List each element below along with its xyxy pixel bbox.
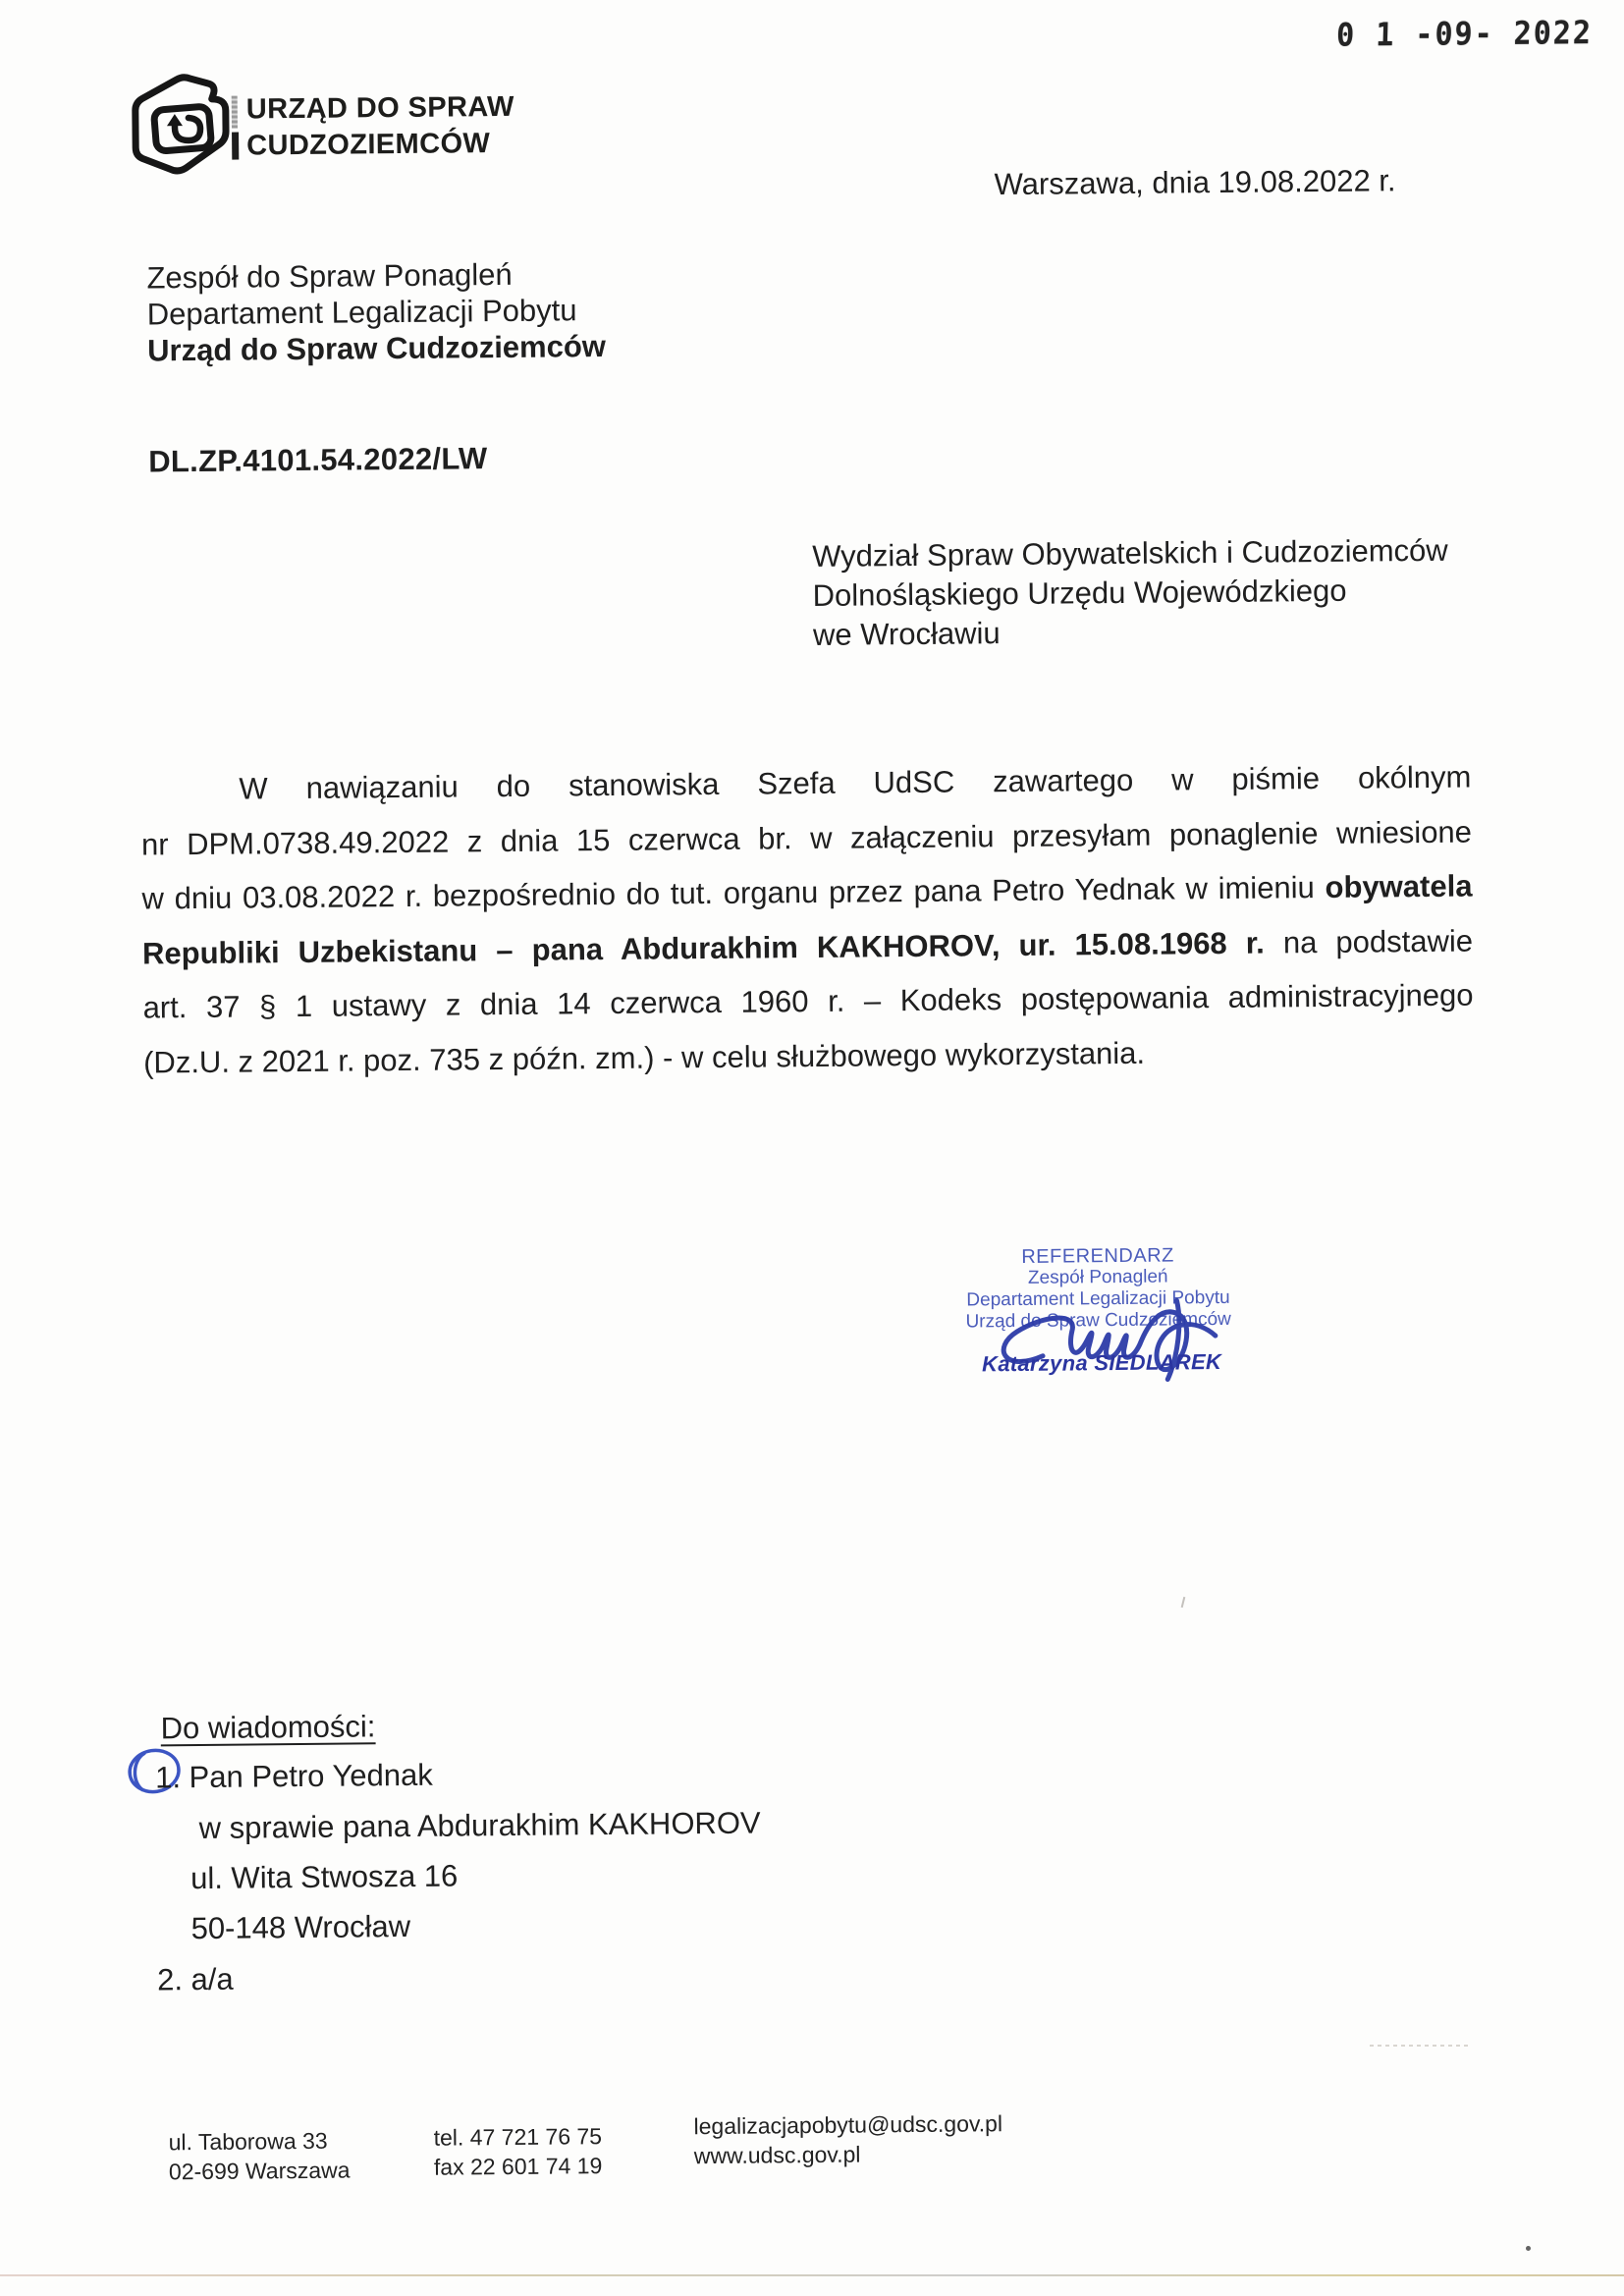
cc-item2: 2. a/a — [157, 1962, 234, 1998]
scan-artifact-dashes — [1370, 2045, 1468, 2047]
footer-web: legalizacjapobytu@udsc.gov.pl www.udsc.g… — [693, 2108, 1002, 2170]
body-paragraph: W nawiązaniu do stanowiska Szefa UdSC za… — [140, 750, 1474, 1090]
scan-content: URZĄD DO SPRAW CUDZOZIEMCÓW 0 1 -09- 202… — [0, 0, 1624, 2296]
footer-website: www.udsc.gov.pl — [694, 2138, 1003, 2170]
cc-item1-line1: 1. Pan Petro Yednak — [155, 1758, 433, 1796]
cc-item1-line2: w sprawie pana Abdurakhim KAKHOROV — [198, 1806, 760, 1846]
sender-block: Zespół do Spraw Ponagleń Departament Leg… — [146, 255, 606, 368]
footer-tel: tel. 47 721 76 75 — [434, 2121, 603, 2153]
logo-wordmark-line1: URZĄD DO SPRAW — [246, 89, 514, 129]
udsc-logo-icon — [125, 73, 239, 177]
body-line-3-text: w dniu 03.08.2022 r. bezpośrednio do tut… — [141, 870, 1315, 915]
footer-address-line1: ul. Taborowa 33 — [169, 2126, 351, 2158]
sender-office: Urząd do Spraw Cudzoziemców — [147, 328, 606, 368]
footer-address: ul. Taborowa 33 02-699 Warszawa — [169, 2126, 351, 2187]
body-line-3-bold: obywatela — [1325, 869, 1472, 904]
footer-fax: fax 22 601 74 19 — [434, 2151, 603, 2182]
recipient-line3: we Wrocławiu — [813, 610, 1449, 655]
logo-divider-gray — [232, 96, 238, 129]
place-date-line: Warszawa, dnia 19.08.2022 r. — [994, 163, 1395, 202]
footer-email: legalizacjapobytu@udsc.gov.pl — [693, 2108, 1002, 2141]
logo-wordmark-line2: CUDZOZIEMCÓW — [246, 126, 514, 165]
sender-unit: Zespół do Spraw Ponagleń — [146, 255, 605, 296]
body-line-4-bold: Republiki Uzbekistanu – pana Abdurakhim … — [142, 925, 1265, 970]
scanned-letter-page: URZĄD DO SPRAW CUDZOZIEMCÓW 0 1 -09- 202… — [0, 0, 1624, 2296]
scan-artifact-speck — [1526, 2246, 1531, 2251]
footer-address-line2: 02-699 Warszawa — [169, 2156, 351, 2187]
cc-item1-line4: 50-148 Wrocław — [190, 1909, 410, 1946]
stamp-signer-name: Katarzyna SIEDLAREK — [940, 1349, 1264, 1378]
body-line-4-text: na podstawie — [1283, 923, 1473, 959]
sender-department: Departament Legalizacji Pobytu — [147, 292, 606, 332]
cc-section: Do wiadomości: 1. Pan Petro Yednak w spr… — [0, 0, 1613, 8]
footer: ul. Taborowa 33 02-699 Warszawa tel. 47 … — [0, 0, 1613, 8]
recipient-line1: Wydział Spraw Obywatelskich i Cudzoziemc… — [812, 531, 1448, 576]
logo-divider-black — [232, 133, 239, 160]
recipient-block: Wydział Spraw Obywatelskich i Cudzoziemc… — [812, 531, 1449, 655]
cc-heading: Do wiadomości: — [160, 1709, 375, 1746]
received-date-stamp: 0 1 -09- 2022 — [1336, 15, 1594, 54]
recipient-line2: Dolnośląskiego Urzędu Wojewódzkiego — [812, 571, 1448, 616]
logo-wordmark: URZĄD DO SPRAW CUDZOZIEMCÓW — [246, 89, 515, 165]
footer-phones: tel. 47 721 76 75 fax 22 601 74 19 — [434, 2121, 603, 2182]
cc-item1-line3: ul. Wita Stwosza 16 — [190, 1858, 459, 1896]
scan-page-edge-line — [0, 2274, 1624, 2276]
case-number: DL.ZP.4101.54.2022/LW — [148, 441, 488, 479]
